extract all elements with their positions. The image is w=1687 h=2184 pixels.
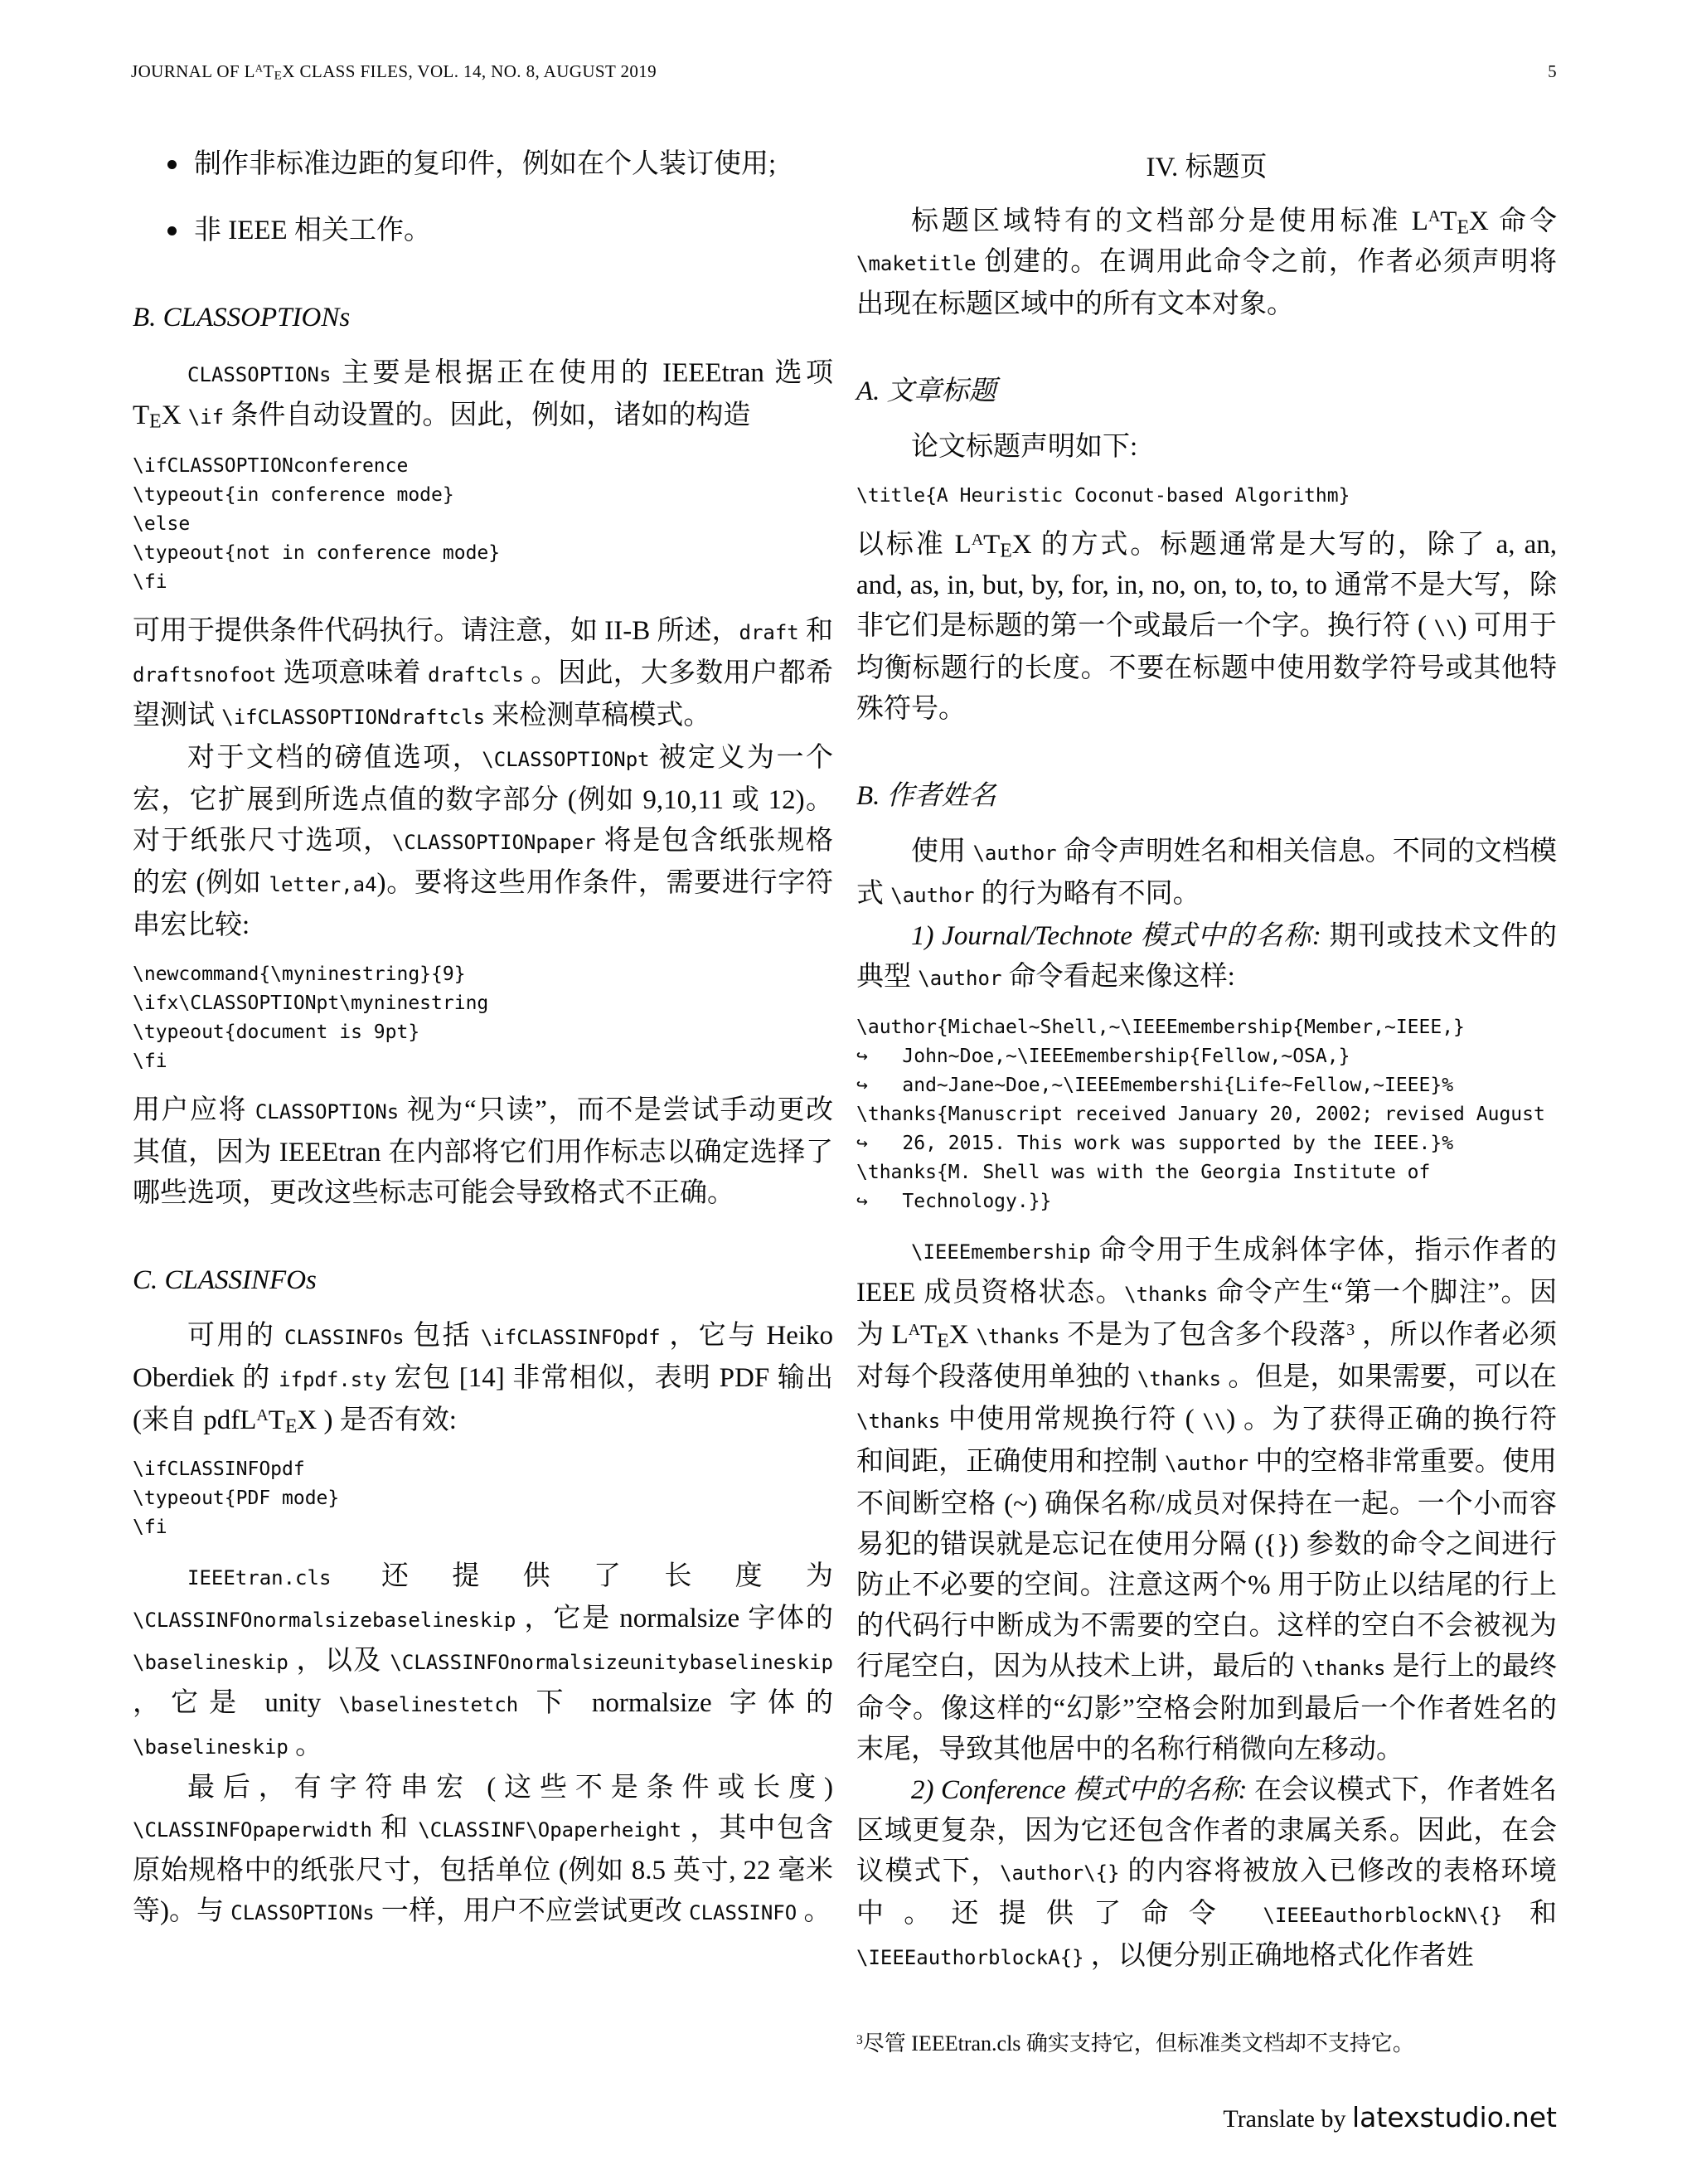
text-run: \\ xyxy=(1434,616,1458,639)
text-run: 选项意味着 xyxy=(276,658,428,688)
code-line: \thanks{M. Shell was with the Georgia In… xyxy=(856,1158,1557,1187)
text-run: 和 xyxy=(1503,1899,1558,1929)
text-run: A xyxy=(909,1321,920,1339)
text-run: B. CLASSOPTIONs xyxy=(133,303,350,332)
paragraph: 最后，有字符串宏 (这些不是条件或长度) \CLASSINFOpaperwidt… xyxy=(133,1768,833,1934)
text-run: 论文标题声明如下: xyxy=(911,432,1137,462)
text-run: 最后，有字符串宏 (这些不是条件或长度) xyxy=(187,1773,833,1803)
credit-brand: latexstudio.net xyxy=(1352,2101,1557,2133)
list-item: 非 IEEE 相关工作。 xyxy=(133,211,833,251)
text-run: \CLASSINFOnormalsizeunitybaselineskip xyxy=(390,1651,833,1674)
paragraph: 用户应将 CLASSOPTIONs 视为“只读”，而不是尝试手动更改其值，因为 … xyxy=(133,1090,833,1214)
bullet-list: 制作非标准边距的复印件，例如在个人装订使用;非 IEEE 相关工作。 xyxy=(133,144,833,251)
text-run: \\ xyxy=(1202,1410,1226,1433)
paragraph: CLASSOPTIONs 主要是根据正在使用的 IEEEtran 选项 TEX … xyxy=(133,353,833,438)
text-run: CLASSOPTIONs xyxy=(187,363,331,386)
code-line: \author{Michael~Shell,~\IEEEmembership{M… xyxy=(856,1013,1557,1042)
text-run: \baselineskip xyxy=(133,1651,288,1674)
text-run: T xyxy=(269,1405,285,1435)
text-run: 还提供了长度为 xyxy=(331,1561,833,1591)
text-run: \if xyxy=(188,405,224,429)
text-run: ，以及 xyxy=(288,1646,390,1676)
text-run: T xyxy=(983,530,1000,560)
text-run: 3 xyxy=(856,2033,863,2047)
page-header: JOURNAL OF LATEX CLASS FILES, VOL. 14, N… xyxy=(131,61,1557,82)
text-run: X 命令 xyxy=(1469,206,1557,236)
text-run: 3 xyxy=(1346,1321,1355,1339)
text-run: 1) Journal/Technote 模式中的名称: xyxy=(911,921,1321,951)
section-heading: IV. 标题页 xyxy=(856,148,1557,188)
code-line: \fi xyxy=(133,1513,833,1542)
text-run: 。但是，如果需要，可以在 xyxy=(1221,1362,1557,1392)
text-run: \IEEEmembership xyxy=(911,1240,1091,1264)
text-run: JOURNAL OF L xyxy=(131,61,255,81)
text-run: 中使用常规换行符 ( xyxy=(940,1405,1202,1434)
text-run: 。 xyxy=(797,1896,831,1926)
paragraph: 2) Conference 模式中的名称: 在会议模式下，作者姓名区域更复杂，因… xyxy=(856,1770,1557,1978)
text-run: 用户应将 xyxy=(133,1095,255,1125)
text-run: CLASSINFO xyxy=(689,1901,797,1924)
text-run: X CLASS FILES, VOL. 14, NO. 8, AUGUST 20… xyxy=(282,61,657,81)
bullet-text: 制作非标准边距的复印件，例如在个人装订使用; xyxy=(194,149,776,179)
text-run: A xyxy=(1428,207,1440,226)
text-run: 一样，用户不应尝试更改 xyxy=(375,1896,690,1926)
code-line: \ifCLASSINFOpdf xyxy=(133,1455,833,1484)
text-run: 命令看起来像这样: xyxy=(1001,962,1234,992)
text-run: IEEEtran.cls xyxy=(187,1566,331,1589)
text-run: draft xyxy=(739,621,799,644)
paragraph: 对于文档的磅值选项，\CLASSOPTIONpt 被定义为一个宏，它扩展到所选点… xyxy=(133,738,833,946)
text-run: \thanks xyxy=(976,1325,1059,1348)
paragraph: 1) Journal/Technote 模式中的名称: 期刊或技术文件的典型 \… xyxy=(856,916,1557,999)
text-run: \baselineskip xyxy=(133,1735,288,1759)
text-run: 尽管 IEEEtran.cls 确实支持它，但标准类文档却不支持它。 xyxy=(863,2031,1414,2055)
text-run: X ) 是否有效: xyxy=(297,1405,457,1435)
text-run: 和 xyxy=(799,616,833,646)
footnote: 3尽管 IEEEtran.cls 确实支持它，但标准类文档却不支持它。 xyxy=(856,2030,1557,2058)
right-column: IV. 标题页标题区域特有的文档部分是使用标准 LATEX 命令 \maketi… xyxy=(856,143,1557,1978)
text-run: \thanks xyxy=(856,1410,940,1433)
paragraph: 以标准 LATEX 的方式。标题通常是大写的，除了 a, an, and, as… xyxy=(856,525,1557,730)
text-run: \ifCLASSOPTIONdraftcls xyxy=(221,706,485,729)
text-run: 标题区域特有的文档部分是使用标准 L xyxy=(911,206,1428,236)
code-line: \else xyxy=(133,510,833,539)
code-line: ↪ 26, 2015. This work was supported by t… xyxy=(856,1129,1557,1158)
text-run: ，它是 unity xyxy=(133,1688,339,1718)
text-run: \author xyxy=(890,884,974,907)
text-run: 包括 xyxy=(405,1321,481,1351)
text-run: ifpdf.sty xyxy=(279,1368,386,1391)
text-run: \IEEEauthorblockN\{} xyxy=(1263,1904,1503,1927)
paragraph: 使用 \author 命令声明姓名和相关信息。不同的文档模式 \author 的… xyxy=(856,832,1557,916)
text-run: \ifCLASSINFOpdf xyxy=(481,1326,661,1349)
text-run: E xyxy=(149,410,162,432)
text-run: \baselinestetch xyxy=(339,1693,519,1716)
text-run: 条件自动设置的。因此，例如，诸如的构造 xyxy=(224,400,750,430)
code-line: \ifx\CLASSOPTIONpt\myninestring xyxy=(133,989,833,1018)
code-block: \title{A Heuristic Coconut-based Algorit… xyxy=(856,482,1557,511)
code-block: \ifCLASSOPTIONconference\typeout{in conf… xyxy=(133,452,833,597)
text-run: CLASSOPTIONs xyxy=(255,1100,399,1124)
translation-credit: Translate by latexstudio.net xyxy=(856,2101,1557,2133)
text-run: E xyxy=(274,70,283,83)
text-run: \CLASSOPTIONpaper xyxy=(392,831,596,854)
code-line: \fi xyxy=(133,1047,833,1076)
text-run: ，以便分别正确地格式化作者姓 xyxy=(1084,1941,1474,1971)
text-run: 对于文档的磅值选项， xyxy=(187,743,482,773)
text-run: C. CLASSINFOs xyxy=(133,1265,317,1295)
journal-title: JOURNAL OF LATEX CLASS FILES, VOL. 14, N… xyxy=(131,61,657,82)
subsection-heading: B. 作者姓名 xyxy=(856,776,1557,817)
paragraph: 论文标题声明如下: xyxy=(856,427,1557,468)
text-run: E xyxy=(937,1330,949,1352)
code-line: \ifCLASSOPTIONconference xyxy=(133,452,833,481)
code-line: ↪ Technology.}} xyxy=(856,1187,1557,1216)
code-line: ↪ John~Doe,~\IEEEmembership{Fellow,~OSA,… xyxy=(856,1042,1557,1071)
text-run: \author xyxy=(972,842,1056,865)
code-block: \author{Michael~Shell,~\IEEEmembership{M… xyxy=(856,1013,1557,1216)
text-run: IV. 标题页 xyxy=(1146,153,1267,182)
text-run: T xyxy=(263,61,274,81)
text-run: A. 文章标题 xyxy=(856,376,996,406)
text-run: \thanks xyxy=(1302,1657,1385,1680)
list-item: 制作非标准边距的复印件，例如在个人装订使用; xyxy=(133,144,833,185)
text-run: 不是为了包含多个段落 xyxy=(1060,1320,1347,1350)
text-run: A xyxy=(972,531,983,549)
code-block: \newcommand{\myninestring}{9}\ifx\CLASSO… xyxy=(133,960,833,1076)
text-run: 可用于提供条件代码执行。请注意，如 II-B 所述， xyxy=(133,616,739,646)
text-run: E xyxy=(1000,540,1012,561)
text-run: 下 normalsize 字体的 xyxy=(518,1688,833,1718)
text-run: draftsnofoot xyxy=(133,663,276,687)
code-line: \thanks{Manuscript received January 20, … xyxy=(856,1100,1557,1129)
paper-page: JOURNAL OF LATEX CLASS FILES, VOL. 14, N… xyxy=(0,0,1687,2184)
text-run: X xyxy=(162,400,188,430)
text-run: \author\{} xyxy=(1000,1861,1120,1885)
page-number: 5 xyxy=(1548,61,1557,82)
text-run: 可用的 xyxy=(187,1321,284,1351)
text-run: T xyxy=(920,1320,937,1350)
code-line: \typeout{not in conference mode} xyxy=(133,539,833,568)
paragraph: 可用于提供条件代码执行。请注意，如 II-B 所述，draft 和 drafts… xyxy=(133,611,833,738)
text-run: B. 作者姓名 xyxy=(856,781,996,811)
text-run: \CLASSINFOpaperwidth xyxy=(133,1818,372,1842)
code-line: \typeout{document is 9pt} xyxy=(133,1018,833,1047)
text-run: E xyxy=(1457,216,1469,238)
text-run: \CLASSINF\Opaperheight xyxy=(418,1818,681,1842)
paragraph: 可用的 CLASSINFOs 包括 \ifCLASSINFOpdf ，它与 He… xyxy=(133,1316,833,1441)
text-run: CLASSOPTIONs xyxy=(230,1901,374,1924)
text-run: X xyxy=(949,1320,977,1350)
text-run: \IEEEauthorblockA{} xyxy=(856,1946,1084,1969)
text-run: 。 xyxy=(288,1730,322,1760)
text-run: 中的空格非常重要。使用不间断空格 (~) 确保名称/成员对保持在一起。一个小而容… xyxy=(856,1447,1557,1682)
text-run: 以标准 L xyxy=(856,530,972,560)
text-run: A xyxy=(255,63,264,75)
text-run: 和 xyxy=(372,1813,418,1843)
paragraph: IEEEtran.cls 还提供了长度为 \CLASSINFOnormalsiz… xyxy=(133,1556,833,1768)
paragraph: \IEEEmembership 命令用于生成斜体字体，指示作者的 IEEE 成员… xyxy=(856,1230,1557,1770)
text-run: 制作非标准边距的复印件，例如在个人装订使用; xyxy=(194,149,776,179)
code-line: \fi xyxy=(133,568,833,597)
text-run: letter,a4 xyxy=(269,873,377,896)
credit-prefix: Translate by xyxy=(1223,2105,1352,2133)
text-run: T xyxy=(1440,206,1457,236)
subsection-heading: C. CLASSINFOs xyxy=(133,1260,833,1301)
text-run: 来检测草稿模式。 xyxy=(485,701,710,730)
code-line: ↪ and~Jane~Doe,~\IEEEmembershi{Life~Fell… xyxy=(856,1071,1557,1100)
text-run: \thanks xyxy=(1137,1367,1221,1390)
bullet-text: 非 IEEE 相关工作。 xyxy=(194,216,431,245)
text-run: \CLASSINFOnormalsizebaselineskip xyxy=(133,1609,516,1632)
text-run: \maketitle xyxy=(856,252,977,275)
text-run: E xyxy=(285,1415,298,1437)
text-run: A xyxy=(256,1406,268,1424)
text-run: ，它是 normalsize 字体的 xyxy=(516,1604,833,1633)
text-run: 的行为略有不同。 xyxy=(974,879,1200,909)
code-line: \typeout{in conference mode} xyxy=(133,481,833,510)
bullet-icon xyxy=(167,226,177,235)
subsection-heading: A. 文章标题 xyxy=(856,371,1557,412)
text-run: 非 IEEE 相关工作。 xyxy=(194,216,431,245)
code-line: \typeout{PDF mode} xyxy=(133,1484,833,1513)
text-run: \CLASSOPTIONpt xyxy=(482,748,649,771)
paragraph: 标题区域特有的文档部分是使用标准 LATEX 命令 \maketitle 创建的… xyxy=(856,201,1557,325)
text-run: 2) Conference 模式中的名称: xyxy=(911,1775,1248,1805)
code-line: \newcommand{\myninestring}{9} xyxy=(133,960,833,989)
bullet-icon xyxy=(167,160,177,169)
text-run: \author xyxy=(918,967,1001,990)
text-run: 使用 xyxy=(911,837,972,866)
text-run: \thanks xyxy=(1124,1283,1208,1306)
text-run: CLASSINFOs xyxy=(284,1326,405,1349)
code-block: \ifCLASSINFOpdf\typeout{PDF mode}\fi xyxy=(133,1455,833,1542)
text-run: draftcls xyxy=(428,663,524,687)
left-column: 制作非标准边距的复印件，例如在个人装订使用;非 IEEE 相关工作。B. CLA… xyxy=(133,143,833,1934)
text-run: \author xyxy=(1165,1452,1248,1475)
subsection-heading: B. CLASSOPTIONs xyxy=(133,298,833,338)
code-line: \title{A Heuristic Coconut-based Algorit… xyxy=(856,482,1557,511)
